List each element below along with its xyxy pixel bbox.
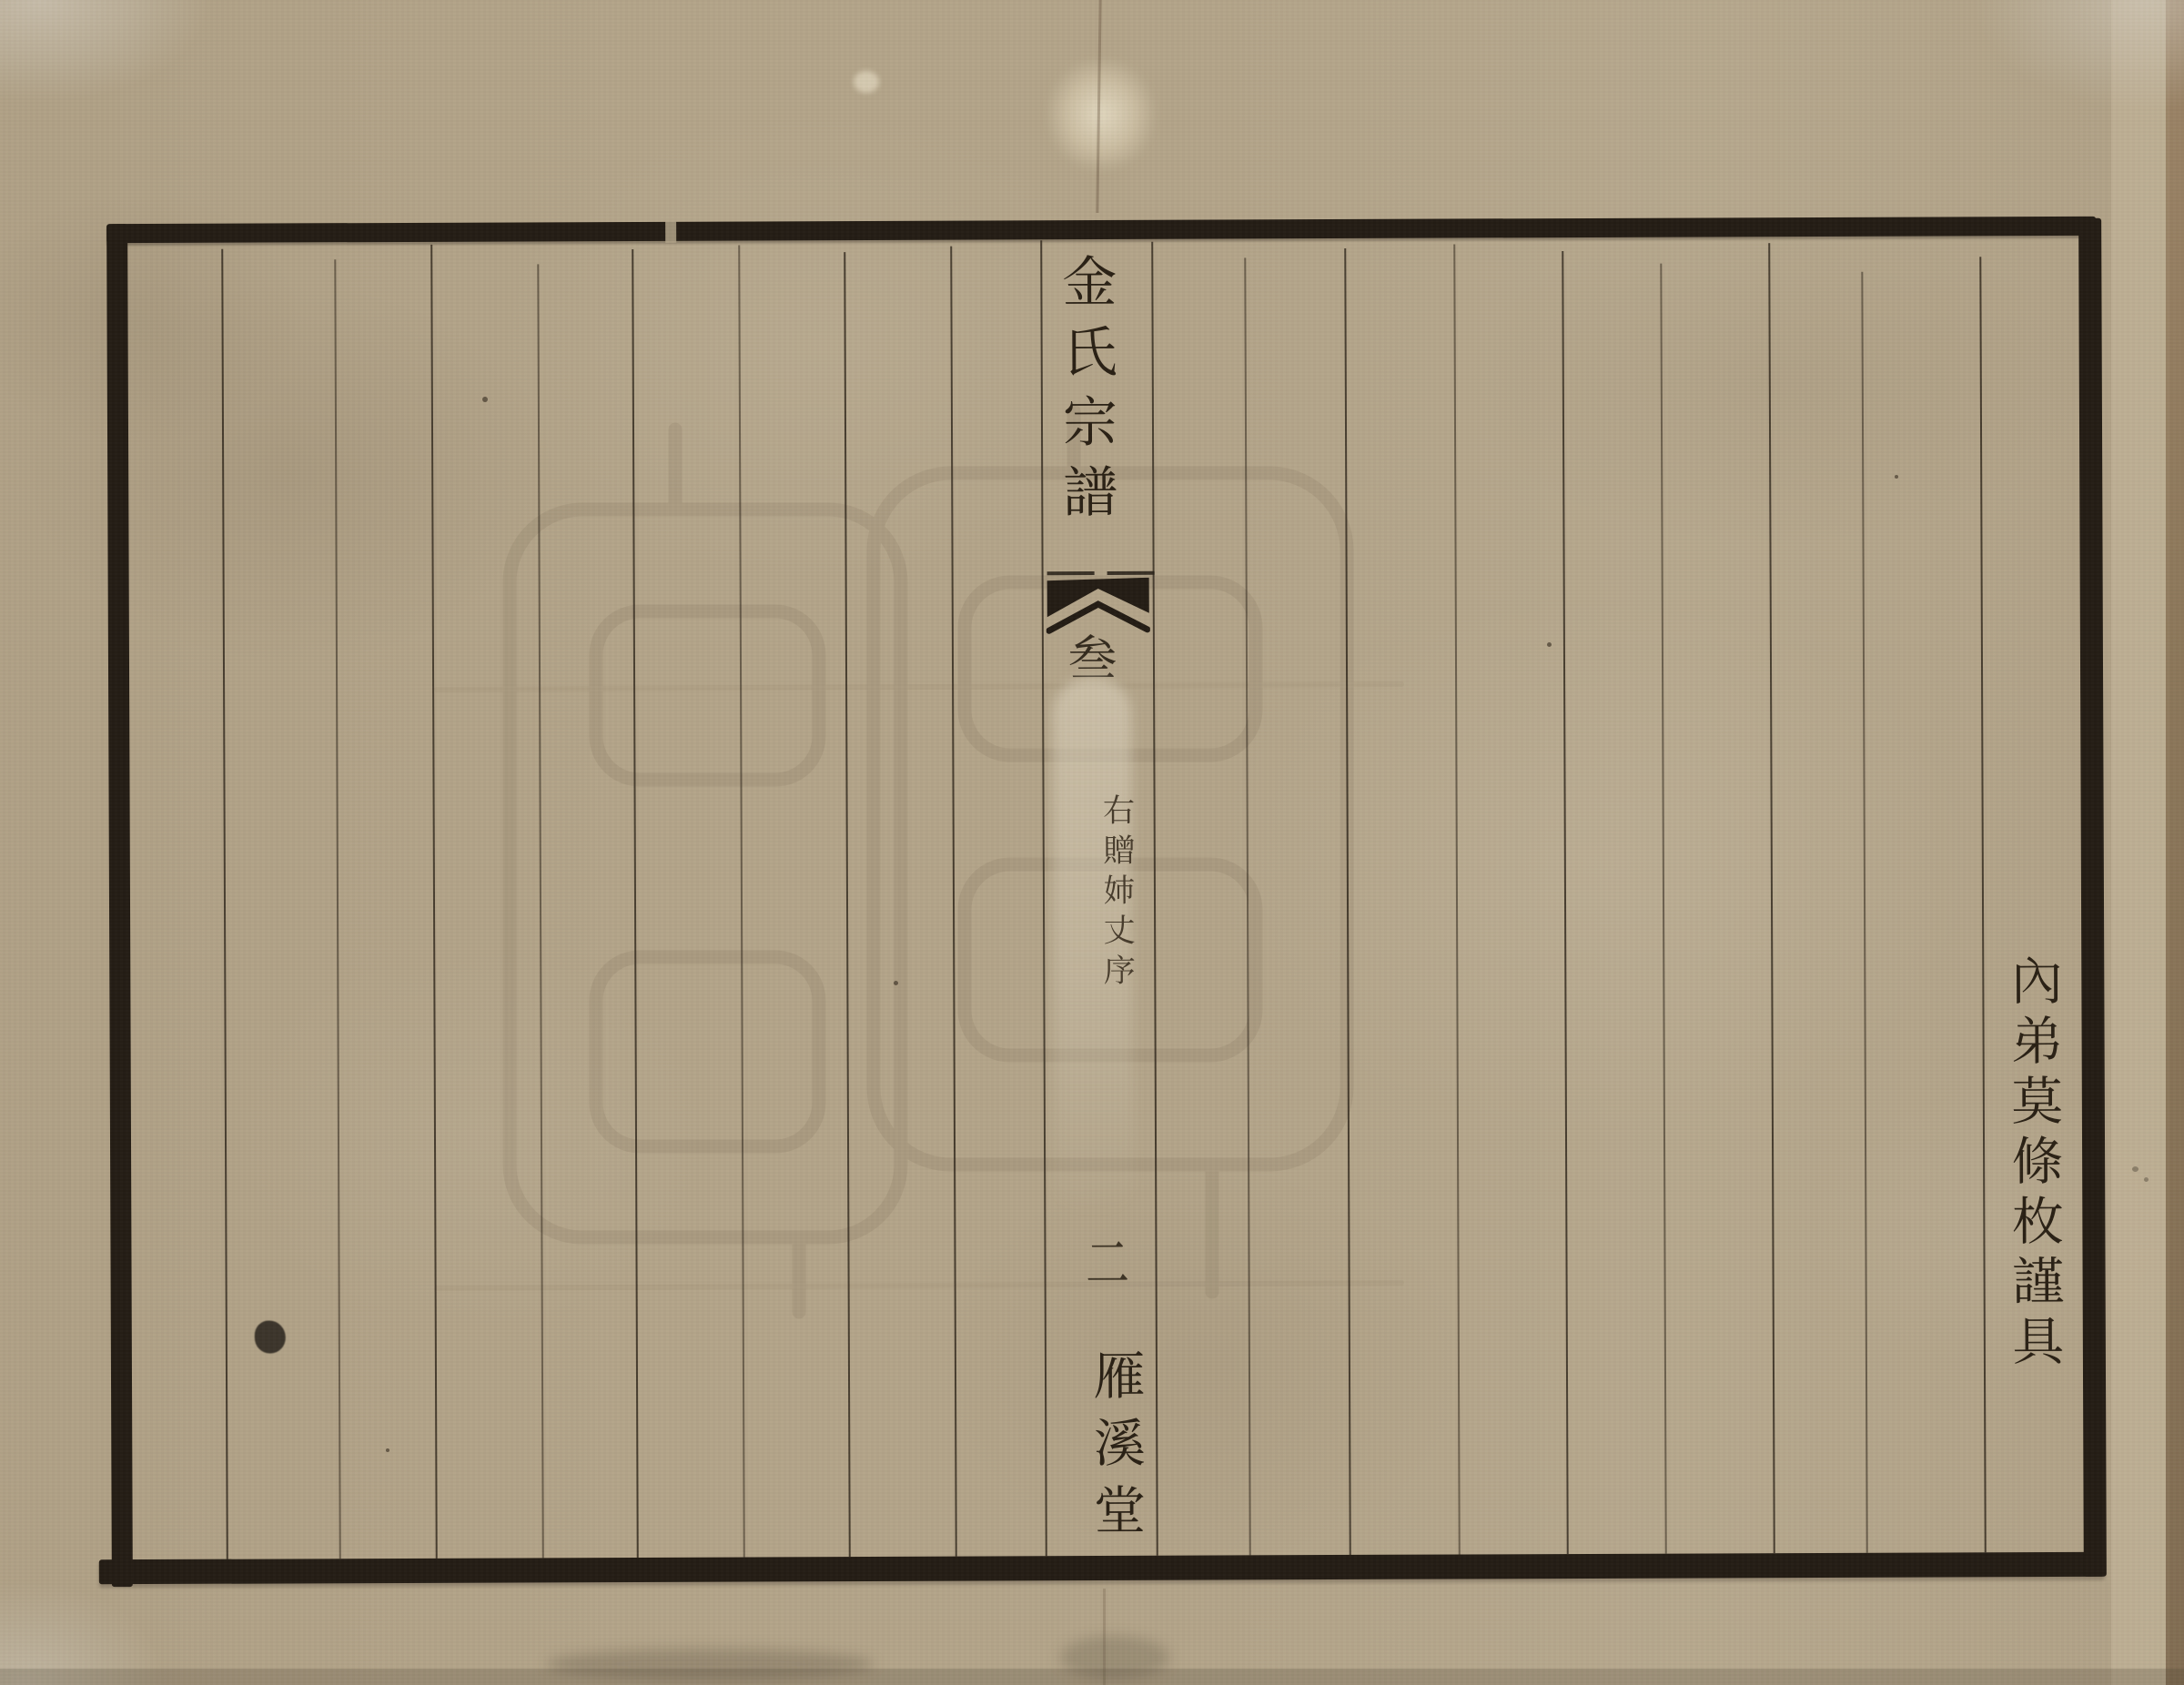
genealogy-scan-spread: 金氏宗譜 叁 右贈姉丈序 二 雁溪堂 內弟莫條枚謹具 [0, 0, 2184, 1685]
column-line [950, 247, 957, 1557]
column-line [632, 249, 639, 1558]
signature-line: 內弟莫條枚謹具 [2011, 953, 2071, 1374]
column-line [334, 259, 340, 1559]
frame-border-break [665, 220, 676, 243]
scan-corner-top-left [0, 0, 382, 136]
column-line [1562, 251, 1568, 1554]
page-frame: 金氏宗譜 叁 右贈姉丈序 二 雁溪堂 內弟莫條枚謹具 [94, 206, 2114, 1598]
paper-speck [482, 397, 488, 402]
fold-crease-top [1096, 0, 1101, 213]
paper-speck [2144, 1177, 2149, 1182]
frame-border-right [2078, 218, 2107, 1577]
bottom-edge-smudge [1060, 1636, 1169, 1680]
column-line [1660, 264, 1666, 1554]
frame-border-bottom [99, 1552, 2105, 1584]
fold-crease-bottom [1103, 1589, 1106, 1685]
column-line [844, 252, 851, 1557]
scan-edge-right [2166, 0, 2184, 1685]
frame-border-left [106, 224, 133, 1587]
ink-blot [255, 1320, 286, 1353]
scan-edge-bottom [0, 1669, 2184, 1685]
column-line [221, 249, 228, 1559]
paper-highlight-dot [854, 71, 879, 93]
right-margin-light-band [2111, 0, 2169, 1685]
section-note: 右贈姉丈序 [1099, 793, 1140, 994]
bottom-edge-smudge [546, 1649, 874, 1680]
column-line [1861, 272, 1867, 1553]
frame-border-top [106, 217, 2096, 243]
hall-name: 雁溪堂 [1094, 1348, 1153, 1550]
column-line [1244, 257, 1250, 1555]
volume-number: 叁 [1067, 632, 1124, 681]
column-line [1768, 243, 1775, 1553]
paper-speck [386, 1448, 389, 1452]
heart-column-rule [1107, 571, 1155, 575]
column-line [1979, 257, 1986, 1552]
column-line [430, 245, 438, 1559]
column-line [738, 246, 745, 1558]
paper-speck [2132, 1166, 2138, 1172]
book-title: 金氏宗譜 [1064, 253, 1125, 533]
scan-corner-top-right [1802, 0, 2184, 146]
heart-column-right-line [1151, 242, 1158, 1556]
paper-highlight-blob [1045, 56, 1158, 173]
column-line [537, 264, 543, 1558]
folio-page-number: 二 [1086, 1232, 1135, 1291]
paper-speck [1547, 642, 1552, 647]
paper-speck [894, 981, 898, 985]
heart-column-rule [1047, 571, 1095, 575]
column-line [1453, 245, 1461, 1555]
paper-speck [1895, 475, 1898, 479]
column-line [1344, 248, 1351, 1555]
